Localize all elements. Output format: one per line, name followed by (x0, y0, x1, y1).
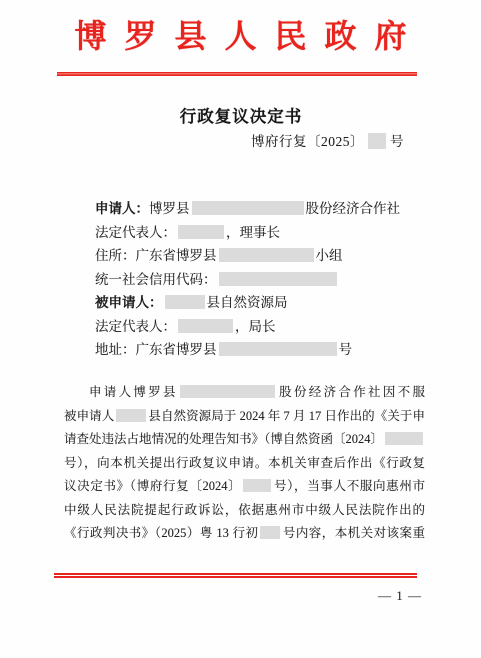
redaction-box (165, 295, 205, 309)
redaction-box (243, 479, 271, 492)
text-segment: 被申请人： (95, 295, 163, 310)
body-text-line: 《行政判决书》（2025）粤 13 行初号内容，本机关对该案重 (64, 522, 425, 546)
party-info-line: 住所：广东省博罗县小组 (95, 244, 427, 268)
text-segment: 小组 (316, 248, 343, 263)
redaction-box (192, 201, 304, 215)
text-segment: ，局长 (235, 319, 276, 334)
body-text-line: 申请人博罗县股份经济合作社因不服 (64, 381, 425, 405)
page-number: — 1 — (378, 588, 422, 604)
party-info-line: 统一社会信用代码： (95, 268, 427, 292)
text-segment: 申请人： (95, 201, 149, 216)
document-title: 行政复议决定书 (0, 103, 481, 127)
document-number-suffix: 号 (390, 134, 404, 149)
body-text-line: 请查处违法占地情况的处理告知书》（博自然资函〔2024〕 (64, 428, 425, 452)
redaction-box (178, 225, 224, 239)
redaction-box (368, 133, 386, 149)
footer-red-rule (54, 573, 417, 578)
party-info-line: 地址：广东省博罗县号 (95, 338, 427, 362)
text-segment: 法定代表人： (95, 319, 176, 334)
redaction-box (178, 319, 233, 333)
text-segment: 号），当事人不服向惠州市 (273, 479, 425, 493)
text-segment: 县自然资源局于 2024 年 7 月 17 日作出的《关于申 (148, 409, 425, 423)
redaction-box (219, 248, 314, 262)
text-segment: 《行政判决书》（2025）粤 13 行初 (64, 526, 258, 540)
redaction-box (260, 526, 280, 539)
header-red-rule (57, 72, 417, 76)
redaction-box (219, 342, 337, 356)
text-segment: 号 (339, 342, 353, 357)
redaction-box (180, 385, 275, 398)
text-segment: 地址：广东省博罗县 (95, 342, 217, 357)
text-segment: 号内容，本机关对该案重 (282, 526, 425, 540)
text-segment: 统一社会信用代码： (95, 272, 217, 287)
text-segment: 股份经济合作社因不服 (277, 385, 425, 399)
body-text-line: 号），向本机关提出行政复议申请。本机关审查后作出《行政复 (64, 452, 425, 476)
text-segment: 被申请人 (64, 409, 114, 423)
document-number: 博府行复〔2025〕号 (64, 130, 404, 150)
party-info-line: 申请人：博罗县股份经济合作社 (95, 197, 427, 221)
issuing-authority-title: 博罗县人民政府 (0, 18, 481, 54)
text-segment: 号），向本机关提出行政复议申请。本机关审查后作出《行政复 (64, 456, 425, 470)
parties-info-block: 申请人：博罗县股份经济合作社法定代表人：，理事长住所：广东省博罗县小组统一社会信… (95, 197, 427, 362)
redaction-box (385, 432, 423, 445)
body-text-line: 被申请人县自然资源局于 2024 年 7 月 17 日作出的《关于申 (64, 405, 425, 429)
party-info-line: 被申请人：县自然资源局 (95, 291, 427, 315)
body-text-line: 议决定书》（博府行复〔2024〕号），当事人不服向惠州市 (64, 475, 425, 499)
text-segment: 博罗县 (149, 201, 190, 216)
text-segment: 请查处违法占地情况的处理告知书》（博自然资函〔2024〕 (64, 432, 383, 446)
text-segment: 县自然资源局 (207, 295, 288, 310)
text-segment: 申请人博罗县 (89, 385, 178, 399)
body-text-line: 中级人民法院提起行政诉讼，依据惠州市中级人民法院作出的 (64, 499, 425, 523)
document-number-prefix: 博府行复〔2025〕 (251, 134, 364, 149)
redaction-box (219, 272, 337, 286)
text-segment: 法定代表人： (95, 225, 176, 240)
text-segment: 中级人民法院提起行政诉讼，依据惠州市中级人民法院作出的 (64, 503, 425, 517)
text-segment: 议决定书》（博府行复〔2024〕 (64, 479, 241, 493)
party-info-line: 法定代表人：，理事长 (95, 221, 427, 245)
text-segment: ，理事长 (226, 225, 280, 240)
redaction-box (116, 409, 146, 422)
document-page: 博罗县人民政府 行政复议决定书 博府行复〔2025〕号 申请人：博罗县股份经济合… (0, 0, 481, 658)
text-segment: 股份经济合作社 (306, 201, 401, 216)
body-paragraph: 申请人博罗县股份经济合作社因不服被申请人县自然资源局于 2024 年 7 月 1… (64, 381, 425, 546)
text-segment: 住所：广东省博罗县 (95, 248, 217, 263)
party-info-line: 法定代表人：，局长 (95, 315, 427, 339)
